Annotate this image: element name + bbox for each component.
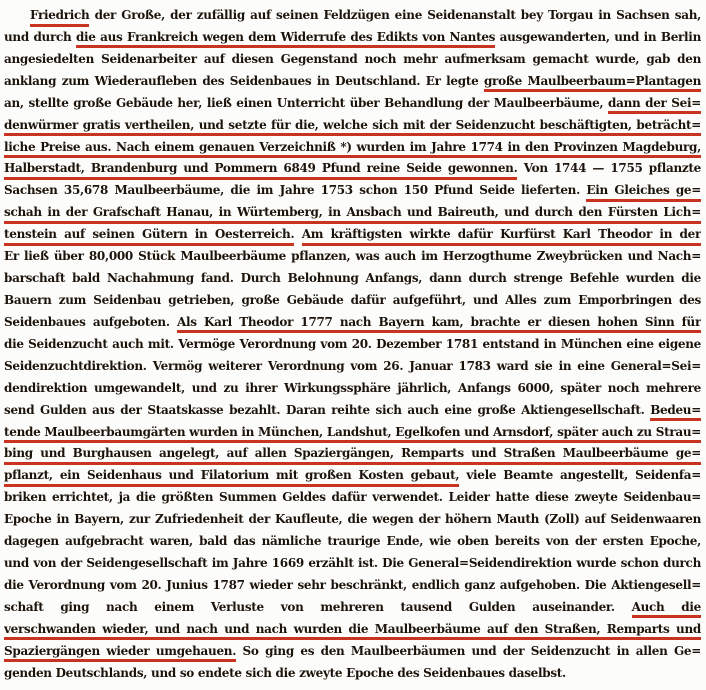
red-underlined-text: die aus Frankreich wegen dem Widerrufe d… [76, 30, 495, 49]
red-underlined-text: bing und Burghausen angelegt, auf allen … [4, 446, 701, 465]
text-segment: der Große, der zufällig auf seinen Feldz… [89, 8, 701, 22]
text-segment: Bauern zum Seidenbau getrieben, große Ge… [4, 293, 701, 307]
text-line: Er ließ über 80,000 Stück Maulbeerbäume … [4, 246, 701, 268]
text-line: verschwanden wieder, und nach und nach w… [4, 619, 701, 641]
text-line: Seidenbaues aufgeboten. Als Karl Theodor… [4, 312, 701, 334]
text-segment: an, stellte große Gebäude her, ließ eine… [4, 96, 608, 110]
text-line: barschaft bald Nachahmung fand. Durch Be… [4, 268, 701, 290]
text-line: bing und Burghausen angelegt, auf allen … [4, 443, 701, 465]
text-segment: die Seidenzucht auch mit. Vermöge Verord… [4, 337, 701, 351]
text-segment: angesiedelten Seidenarbeiter auf diesen … [4, 52, 701, 71]
text-segment: genden Deutschlands, und so endete sich … [4, 666, 566, 680]
text-line: Epoche in Bayern, zur Zufriedenheit der … [4, 509, 701, 531]
red-underlined-text: liche Preise aus. Nach einem genauen Ver… [4, 140, 701, 159]
text-line: die Verordnung vom 20. Junius 1787 wiede… [4, 575, 701, 597]
text-segment: briken errichtet, ja die größten Summen … [4, 490, 701, 504]
text-line: Seidenzuchtdirektion. Vermög weiterer Ve… [4, 356, 701, 378]
text-segment: Seidenzuchtdirektion. Vermög weiterer Ve… [4, 359, 701, 373]
text-segment: und von der Seidengesellschaft im Jahre … [4, 556, 701, 570]
text-line: Spaziergängen wieder umgehauen. So ging … [4, 641, 701, 663]
text-segment: dendirektion umgewandelt, und zu ihrer W… [4, 381, 701, 400]
text-line: send Gulden aus der Staatskasse bezahlt.… [4, 400, 701, 422]
text-segment: barschaft bald Nachahmung fand. Durch Be… [4, 271, 701, 285]
text-line: Sachsen 35,678 Maulbeerbäume, die im Jah… [4, 180, 701, 202]
text-segment: Seidenbaues aufgeboten. [4, 315, 177, 329]
text-segment: Von 1744 — 1755 pflanzte [517, 161, 701, 175]
red-underlined-text: verschwanden wieder, und nach und nach w… [4, 622, 701, 641]
red-underlined-text: pflanzt, ein Seidenhaus und Filatorium m… [4, 468, 459, 487]
text-line: angesiedelten Seidenarbeiter auf diesen … [4, 49, 701, 71]
text-line: schaft ging nach einem Verluste von mehr… [4, 597, 701, 619]
red-underlined-text: dann der Sei= [608, 96, 701, 115]
text-line: tenstein auf seinen Gütern in Oesterreic… [4, 224, 701, 246]
text-segment: und durch [4, 30, 76, 44]
text-line: tende Maulbeerbaumgärten wurden in Münch… [4, 422, 701, 444]
red-underlined-text: Bedeu= [650, 403, 701, 422]
text-line: Friedrich der Große, der zufällig auf se… [4, 5, 701, 27]
text-segment: schaft ging nach einem Verluste von mehr… [4, 600, 632, 614]
red-underlined-text: große Maulbeerbaum=Plantagen [484, 74, 701, 93]
red-underlined-text: Spaziergängen wieder umgehauen. [4, 644, 236, 663]
text-line: und von der Seidengesellschaft im Jahre … [4, 553, 701, 575]
red-underlined-text: tenstein auf seinen Gütern in Oesterreic… [4, 227, 294, 246]
text-segment: Epoche in Bayern, zur Zufriedenheit der … [4, 512, 701, 531]
text-line: und durch die aus Frankreich wegen dem W… [4, 27, 701, 49]
text-line: pflanzt, ein Seidenhaus und Filatorium m… [4, 465, 701, 487]
red-underlined-text: schah in der Grafschaft Hanau, in Würtem… [4, 205, 701, 224]
text-segment: die Verordnung vom 20. Junius 1787 wiede… [4, 578, 701, 592]
red-underlined-text: Ein Gleiches ge= [586, 183, 701, 202]
text-segment: anklang zum Wiederaufleben des Seidenbau… [4, 74, 484, 88]
text-segment: Er ließ über 80,000 Stück Maulbeerbäume … [4, 249, 701, 263]
red-underlined-text: tende Maulbeerbaumgärten wurden in Münch… [4, 425, 701, 444]
text-line: denwürmer gratis vertheilen, und setzte … [4, 115, 701, 137]
red-underlined-text: Friedrich [30, 8, 89, 27]
text-segment: send Gulden aus der Staatskasse bezahlt.… [4, 403, 650, 417]
text-line: Bauern zum Seidenbau getrieben, große Ge… [4, 290, 701, 312]
text-line: anklang zum Wiederaufleben des Seidenbau… [4, 71, 701, 93]
text-line: die Seidenzucht auch mit. Vermöge Verord… [4, 334, 701, 356]
text-line: liche Preise aus. Nach einem genauen Ver… [4, 137, 701, 159]
text-segment: So ging es den Maulbeerbäumen und der Se… [236, 644, 701, 658]
text-line: genden Deutschlands, und so endete sich … [4, 663, 701, 685]
text-segment: ausgewanderten, und in Berlin [495, 30, 701, 44]
text-segment: Sachsen 35,678 Maulbeerbäume, die im Jah… [4, 183, 586, 197]
text-line: an, stellte große Gebäude her, ließ eine… [4, 93, 701, 115]
text-segment [294, 227, 301, 241]
red-underlined-text: Als Karl Theodor 1777 nach Bayern kam, b… [177, 315, 701, 334]
text-line: dagegen aufgebracht waren, bald das näml… [4, 531, 701, 553]
text-line: briken errichtet, ja die größten Summen … [4, 487, 701, 509]
red-underlined-text: Halberstadt, Brandenburg und Pommern 684… [4, 161, 517, 180]
red-underlined-text: denwürmer gratis vertheilen, und setzte … [4, 118, 701, 137]
text-segment: dagegen aufgebracht waren, bald das näml… [4, 534, 701, 548]
text-line: schah in der Grafschaft Hanau, in Würtem… [4, 202, 701, 224]
text-segment: viele Beamte angestellt, Seidenfa= [459, 468, 701, 482]
text-line: dendirektion umgewandelt, und zu ihrer W… [4, 378, 701, 400]
scanned-page: Friedrich der Große, der zufällig auf se… [0, 0, 706, 690]
text-line: Halberstadt, Brandenburg und Pommern 684… [4, 158, 701, 180]
